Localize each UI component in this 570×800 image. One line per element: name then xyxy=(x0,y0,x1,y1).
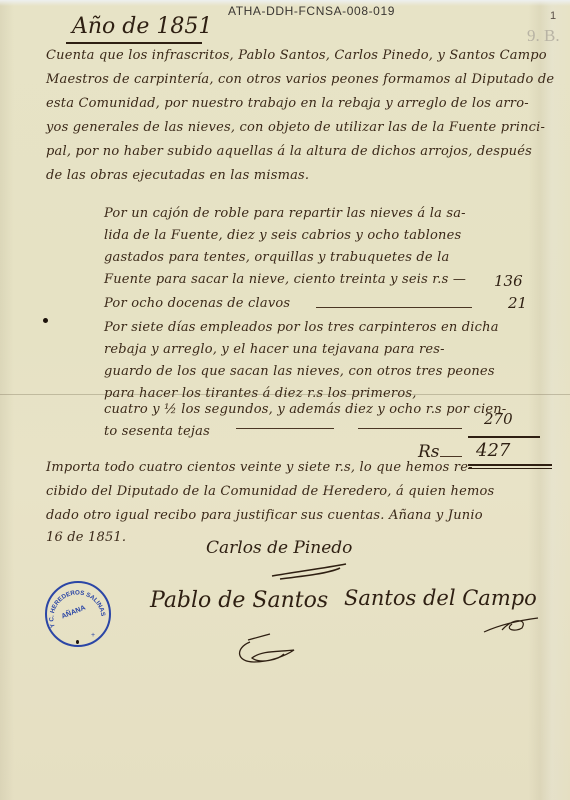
sum-rule xyxy=(468,436,540,438)
title-underline xyxy=(66,42,202,44)
folio-number: 1 xyxy=(550,10,556,22)
item-line: Por un cajón de roble para repartir las … xyxy=(104,206,466,221)
item-line: cuatro y ½ los segundos, y además diez y… xyxy=(104,402,506,417)
closing-line: cibido del Diputado de la Comunidad de H… xyxy=(46,484,494,499)
item-line: gastados para tentes, orquillas y trabuq… xyxy=(104,250,449,265)
total-dash xyxy=(440,456,462,457)
signature-rubric xyxy=(482,614,542,636)
signature-carlos-pinedo: Carlos de Pinedo xyxy=(206,538,352,558)
total-label: Rs xyxy=(418,442,440,462)
closing-line: 16 de 1851. xyxy=(46,530,126,545)
item-amount: 136 xyxy=(494,272,523,290)
intro-paragraph: Cuenta que los infrascritos, Pablo Santo… xyxy=(46,48,556,188)
filler-dash xyxy=(358,428,462,429)
archive-reference: ATHA-DDH-FCNSA-008-019 xyxy=(228,4,395,18)
signature-pablo-santos: Pablo de Santos xyxy=(150,588,328,613)
item-line: Fuente para sacar la nieve, ciento trein… xyxy=(104,272,466,287)
intro-line: esta Comunidad, por nuestro trabajo en l… xyxy=(46,96,529,111)
archive-stamp: Y C. HEREDEROS SALINAS + AÑANA xyxy=(45,581,111,647)
account-item: Por un cajón de roble para repartir las … xyxy=(104,206,544,296)
ink-spot xyxy=(43,318,48,323)
signature-santos-campo: Santos del Campo xyxy=(344,586,537,610)
closing-line: Importa todo cuatro cientos veinte y sie… xyxy=(46,460,473,475)
item-amount: 270 xyxy=(484,410,513,428)
pencil-reference: 9. B. xyxy=(527,26,560,46)
ink-spot xyxy=(76,640,79,644)
item-line: lida de la Fuente, diez y seis cabrios y… xyxy=(104,228,461,243)
signature-rubric xyxy=(230,630,300,670)
filler-dash xyxy=(236,428,334,429)
item-line: para hacer los tirantes á diez r.s los p… xyxy=(104,386,417,401)
closing-line: dado otro igual recibo para justificar s… xyxy=(46,508,483,523)
item-line: rebaja y arreglo, y el hacer una tejavan… xyxy=(104,342,445,357)
total-amount: 427 xyxy=(476,440,510,461)
scanned-document-page: ATHA-DDH-FCNSA-008-019 1 9. B. Año de 18… xyxy=(0,0,570,800)
svg-text:+: + xyxy=(91,632,95,639)
intro-line: Cuenta que los infrascritos, Pablo Santo… xyxy=(46,48,547,63)
item-line: to sesenta tejas xyxy=(104,424,210,439)
intro-line: Maestros de carpintería, con otros vario… xyxy=(46,72,554,87)
filler-dash xyxy=(316,307,472,308)
item-amount: 21 xyxy=(508,294,527,312)
intro-line: pal, por no haber subido aquellas á la a… xyxy=(46,144,532,159)
intro-line: de las obras ejecutadas en las mismas. xyxy=(46,168,309,183)
document-title: Año de 1851 xyxy=(72,14,212,39)
signature-flourish xyxy=(270,560,350,582)
item-line: Por ocho docenas de clavos xyxy=(104,296,290,311)
closing-paragraph: Importa todo cuatro cientos veinte y sie… xyxy=(46,460,546,550)
item-line: guardo de los que sacan las nieves, con … xyxy=(104,364,495,379)
item-line: Por siete días empleados por los tres ca… xyxy=(104,320,499,335)
account-item: Por siete días empleados por los tres ca… xyxy=(104,320,544,450)
intro-line: yos generales de las nieves, con objeto … xyxy=(46,120,545,135)
